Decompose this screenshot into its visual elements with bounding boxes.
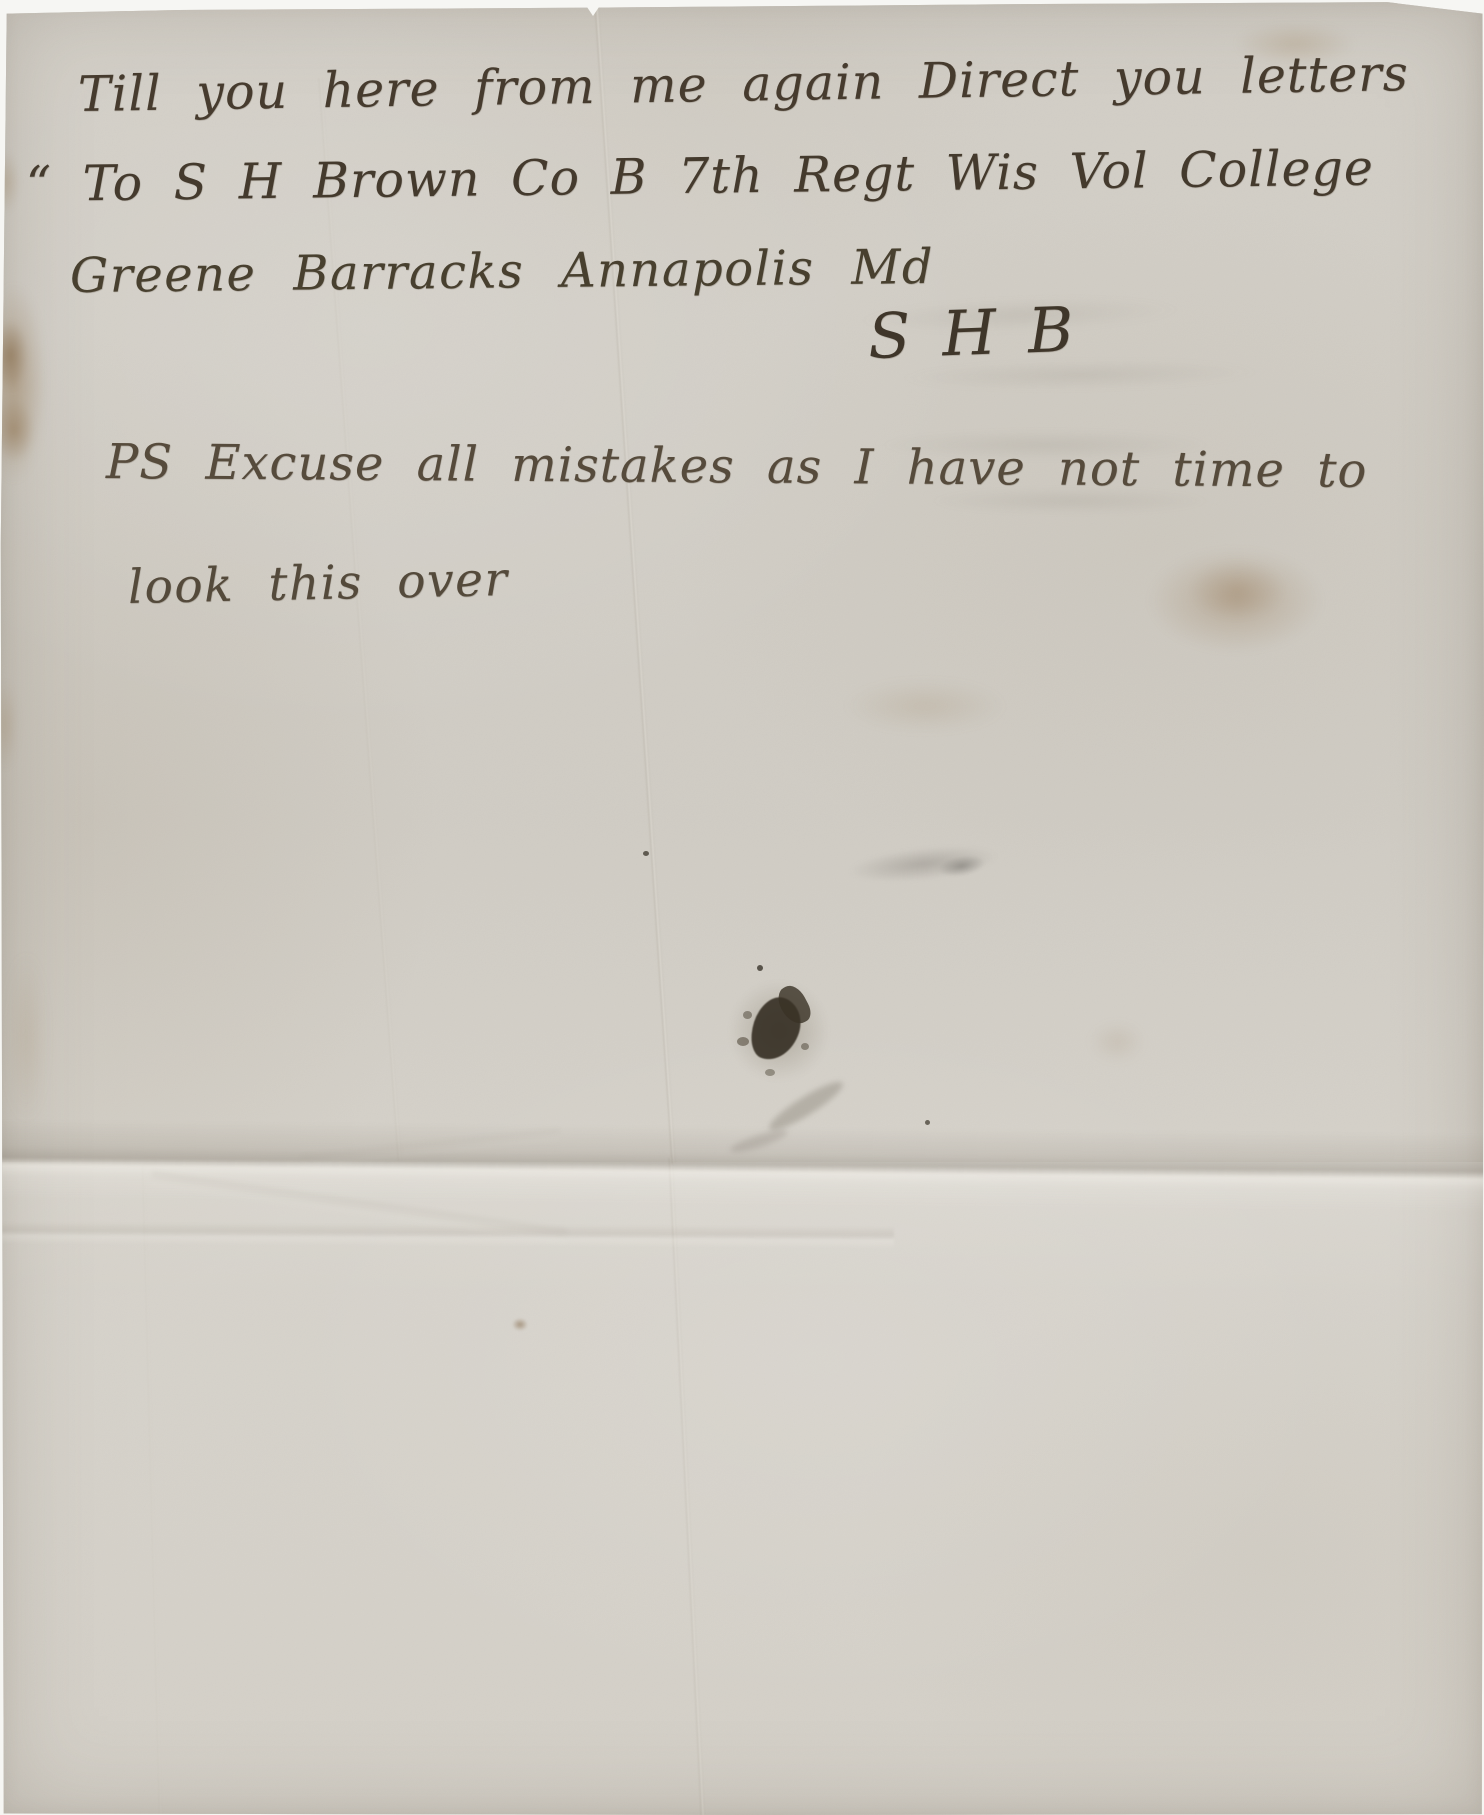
small-brown-spot xyxy=(512,1318,528,1331)
ink-blot-satellite xyxy=(737,1037,749,1046)
handwritten-line-1: Till you here from me again Direct you l… xyxy=(78,45,1410,123)
handwritten-signature: S H B xyxy=(867,293,1081,373)
handwritten-line-2: “ To S H Brown Co B 7th Regt Wis Vol Col… xyxy=(26,140,1375,213)
handwritten-line-postscript: PS Excuse all mistakes as I have not tim… xyxy=(106,434,1368,499)
left-edge-stain-upper xyxy=(0,150,20,214)
ink-blot-satellite xyxy=(765,1069,775,1076)
ink-blot-smear xyxy=(765,1076,847,1137)
ink-speck-3 xyxy=(925,1120,930,1125)
left-edge-stain-lower xyxy=(6,952,46,1122)
vertical-fold-crease-lower xyxy=(668,1158,705,1815)
faint-brown-spot xyxy=(1090,1022,1144,1062)
left-edge-stain-dark-2 xyxy=(0,398,34,462)
left-edge-stain-middle xyxy=(0,680,18,770)
gray-smudge-core xyxy=(937,852,988,880)
ink-blot-arm xyxy=(773,981,815,1029)
scanned-letter-page: Till you here from me again Direct you l… xyxy=(0,0,1484,1815)
ink-blot-smear-faint xyxy=(729,1126,790,1156)
ink-blot xyxy=(735,985,865,1170)
horizontal-fold-crease-secondary xyxy=(0,1222,894,1249)
diagonal-wrinkle-1 xyxy=(150,1171,568,1243)
ink-blot-halo xyxy=(729,981,829,1081)
left-edge-stain-dark-1 xyxy=(0,320,28,390)
vertical-wrinkle-bottom-left xyxy=(142,1165,162,1815)
diagonal-wrinkle-2 xyxy=(301,1128,561,1167)
left-edge-stain xyxy=(0,283,46,483)
gray-smudge xyxy=(847,840,1000,888)
ink-speck-1 xyxy=(643,851,649,856)
below-fold-highlight xyxy=(0,1162,1484,1815)
fingerprint-smudge-right xyxy=(1148,548,1323,653)
center-faint-stain xyxy=(845,680,1005,732)
handwritten-line-postscript-2: look this over xyxy=(127,552,509,615)
ink-speck-2 xyxy=(757,965,763,971)
fingerprint-smudge-right-core xyxy=(1190,560,1285,620)
ink-blot-core xyxy=(744,991,808,1066)
vertical-wrinkle-left xyxy=(318,78,401,1160)
horizontal-fold-crease xyxy=(0,1119,1484,1213)
ink-blot-satellite xyxy=(743,1011,752,1019)
handwritten-line-3: Greene Barracks Annapolis Md xyxy=(70,239,935,304)
ink-blot-satellite xyxy=(801,1043,809,1050)
letter-paper: Till you here from me again Direct you l… xyxy=(0,0,1484,1815)
